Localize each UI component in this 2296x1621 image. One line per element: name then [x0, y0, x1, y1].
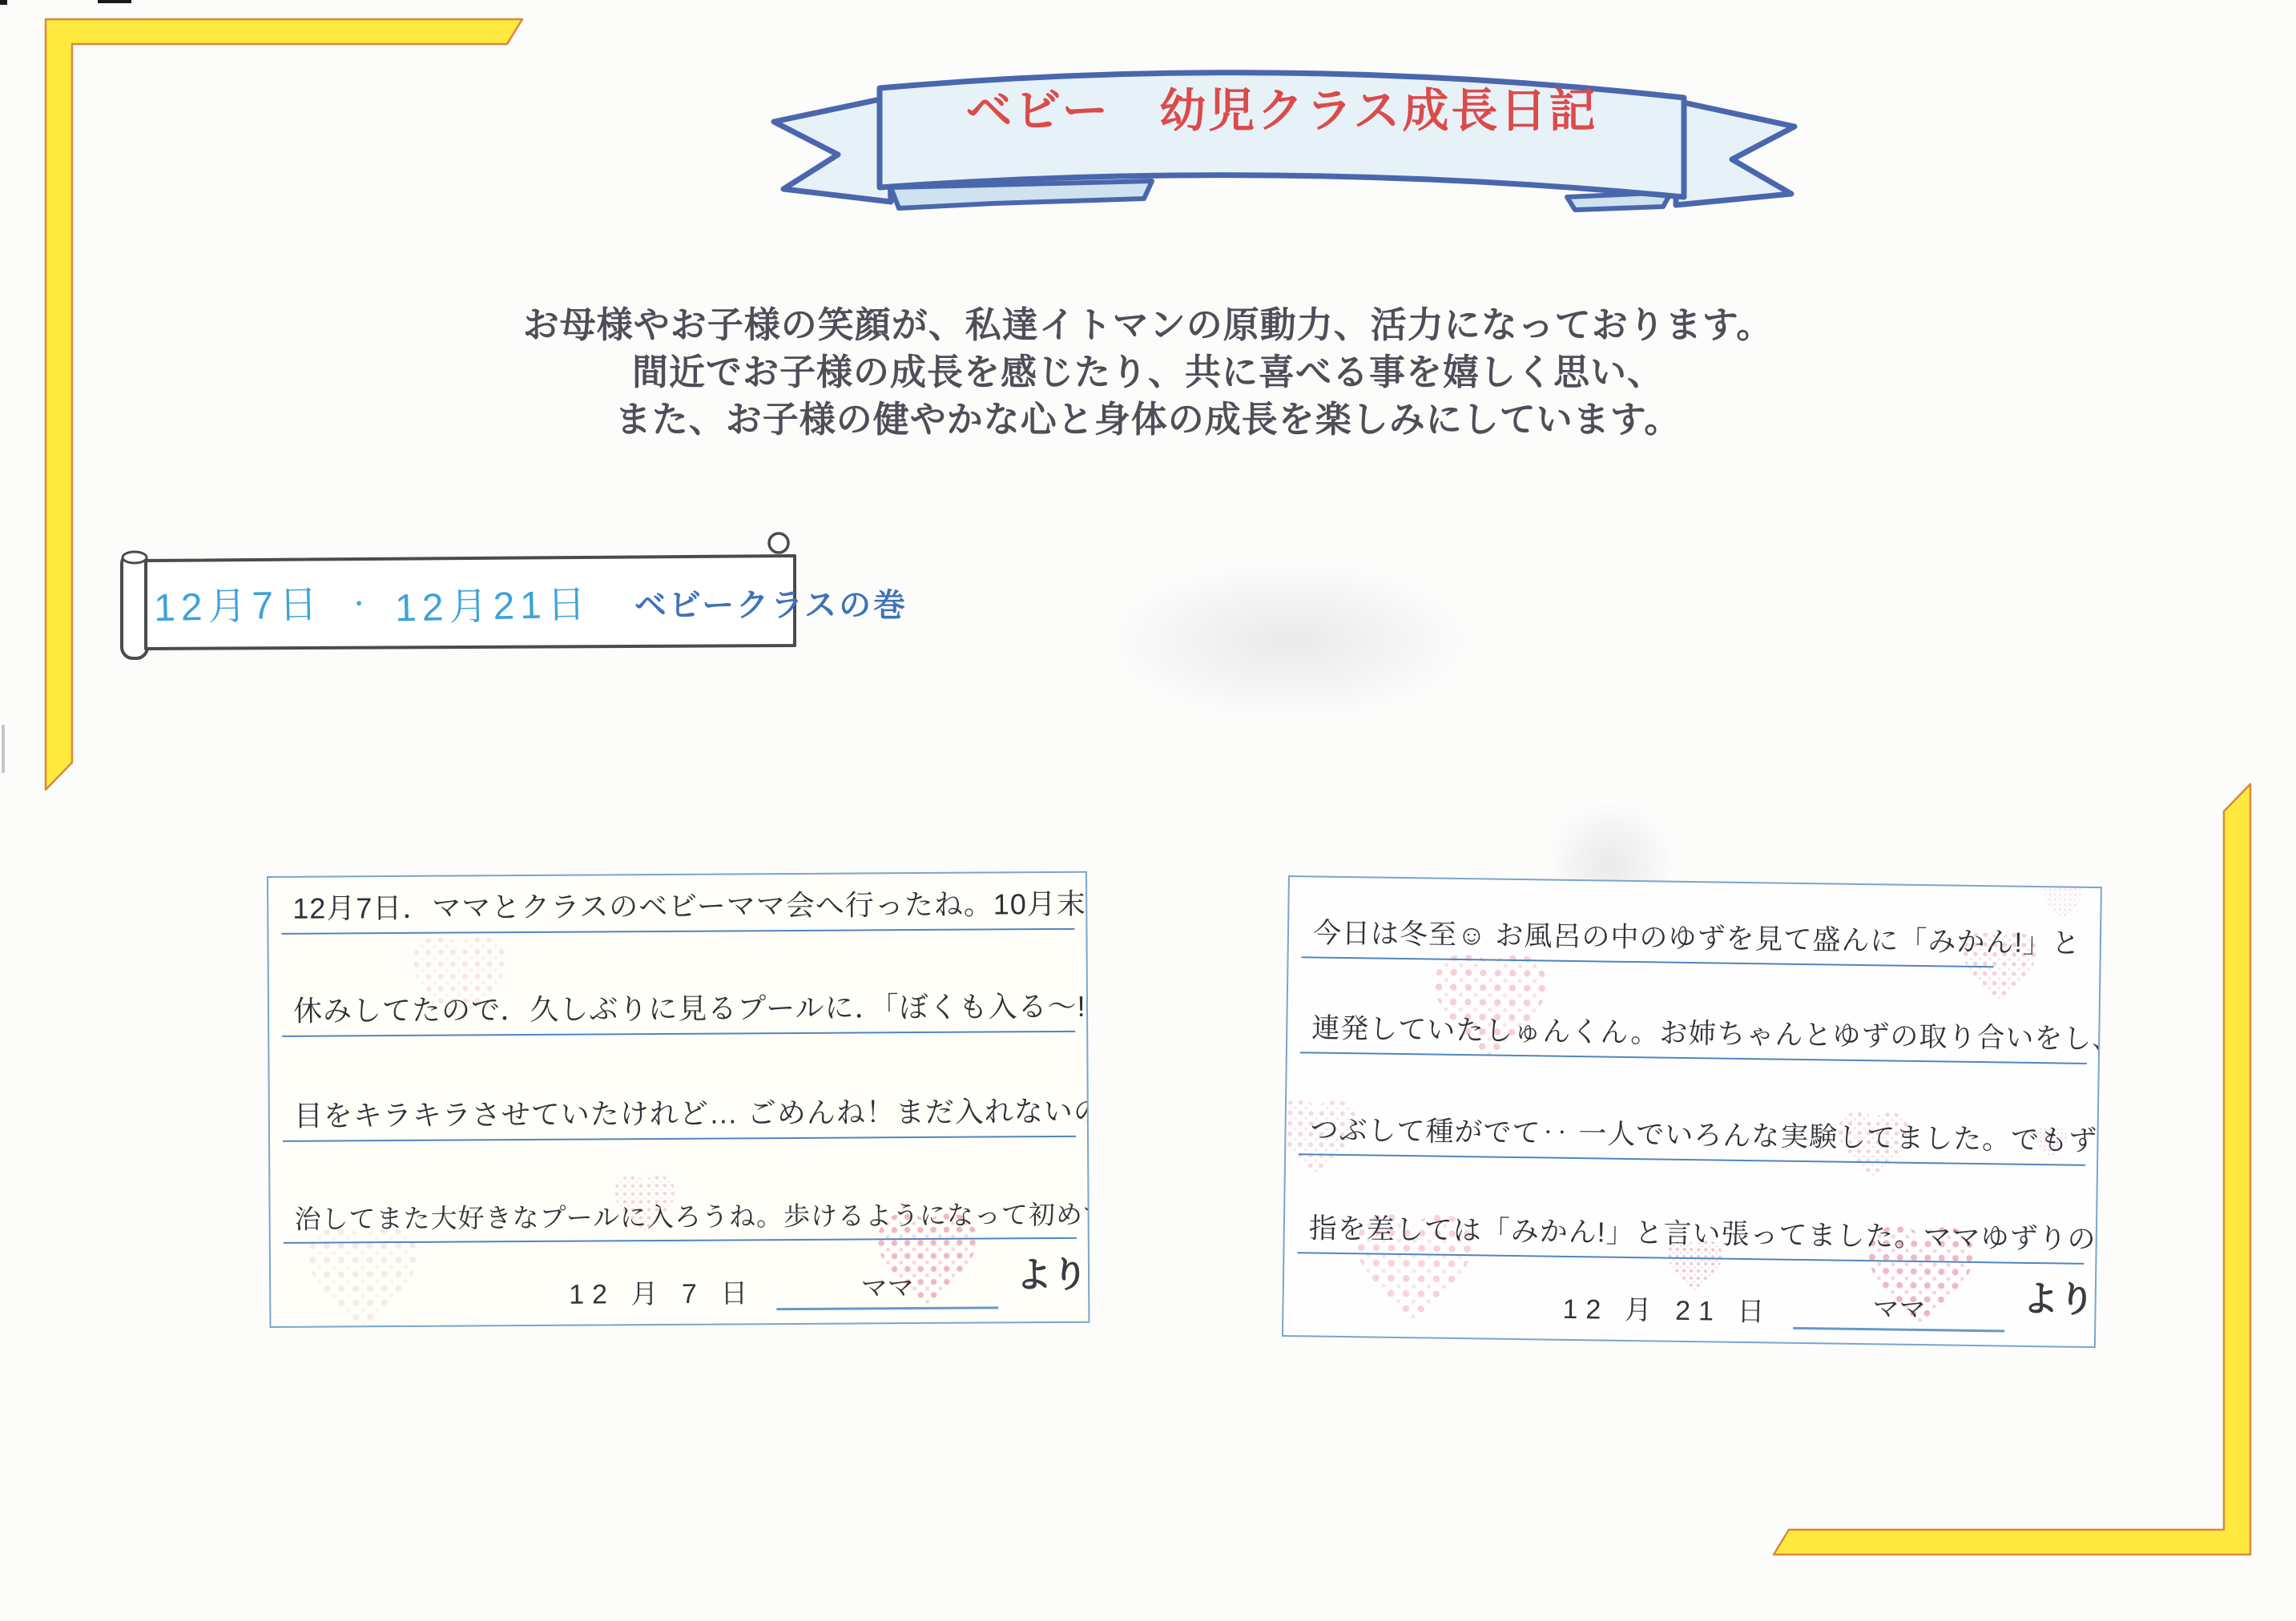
handwritten-line: 休みしてたので．久しぶりに見るプールに．「ぼくも入る～!!」とやる気up↑: [281, 930, 1075, 1037]
scroll-rod-top-icon: [123, 552, 147, 563]
scan-artifact: [0, 0, 7, 5]
signature-suffix: より: [1016, 1245, 1088, 1298]
diary-card-december-7: 12月7日．ママとクラスのベビーママ会へ行ったね。10月末から中耳炎でお 休みし…: [267, 871, 1090, 1328]
intro-paragraph: お母様やお子様の笑顔が、私達イトマンの原動力、活力になっております。 間近でお子…: [0, 301, 2296, 443]
ribbon-tail-left: [774, 98, 891, 202]
class-label: ベビークラスの巻: [634, 580, 908, 625]
scan-artifact: [98, 0, 131, 3]
signature-suffix: より: [2022, 1269, 2095, 1322]
ribbon-fold-right: [1567, 192, 1671, 210]
scan-smudge: [1106, 561, 1474, 721]
signature-date: 12 月 7 日: [569, 1271, 755, 1311]
handwritten-line: 指を差しては「みかん!」と言い張ってました。ママゆずりの頑固!?: [1297, 1155, 2085, 1265]
diary-text: 12月7日．ママとクラスのベビーママ会へ行ったね。10月末から中耳炎でお 休みし…: [268, 873, 1088, 1244]
period-separator-dot: ・: [347, 585, 371, 620]
handwritten-line: 今日は冬至☺ お風呂の中のゆずを見て盛んに「みかん!」と: [1302, 877, 1995, 967]
signature-row: 12 月 7 日 ママ より: [271, 1257, 1088, 1313]
intro-line: お母様やお子様の笑顔が、私達イトマンの原動力、活力になっております。: [0, 301, 2296, 348]
handwritten-line: 治してまた大好きなプールに入ろうね。歩けるようになって初めてのイトマンでした。: [283, 1137, 1077, 1244]
diary-card-december-21: 今日は冬至☺ お風呂の中のゆずを見て盛んに「みかん!」と 連発していたしゅんくん…: [1282, 875, 2102, 1348]
scan-artifact: [2, 725, 5, 773]
signature-name: ママ: [776, 1266, 998, 1310]
signature-name: ママ: [1793, 1287, 2005, 1333]
page-title: ベビー 幼児クラス成長日記: [904, 85, 1660, 138]
handwritten-line: つぶして種がでて‥ 一人でいろんな実験してました。でもずーっと: [1299, 1053, 2087, 1166]
ribbon-fold-left: [891, 181, 1152, 208]
signature-date: 12 月 21 日: [1562, 1287, 1773, 1329]
period-scroll: 12月7日 ・ 12月21日 ベビークラスの巻: [154, 561, 787, 644]
ribbon-tail-right: [1676, 101, 1795, 205]
period-end-date: 12月21日: [394, 573, 591, 632]
scroll-rod-icon: [122, 553, 147, 658]
handwritten-line: 連発していたしゅんくん。お姉ちゃんとゆずの取り合いをし、握って: [1300, 958, 2089, 1064]
decorations-layer: [0, 0, 2296, 1621]
page-canvas: { "banner": { "title": "ベビー 幼児クラス成長日記" }…: [0, 0, 2296, 1621]
scroll-curl-icon: [769, 533, 788, 553]
intro-line: また、お子様の健やかな心と身体の成長を楽しみにしています。: [0, 396, 2296, 443]
handwritten-line: 12月7日．ママとクラスのベビーママ会へ行ったね。10月末から中耳炎でお: [281, 873, 1074, 935]
diary-text: 今日は冬至☺ お風呂の中のゆずを見て盛んに「みかん!」と 連発していたしゅんくん…: [1284, 877, 2100, 1265]
handwritten-line: 目をキラキラさせていたけれど… ごめんね！まだ入れないのよ…。きちんと: [282, 1032, 1076, 1142]
period-start-date: 12月7日: [153, 573, 323, 631]
intro-line: 間近でお子様の成長を感じたり、共に喜べる事を嬉しく思い、: [0, 348, 2296, 396]
